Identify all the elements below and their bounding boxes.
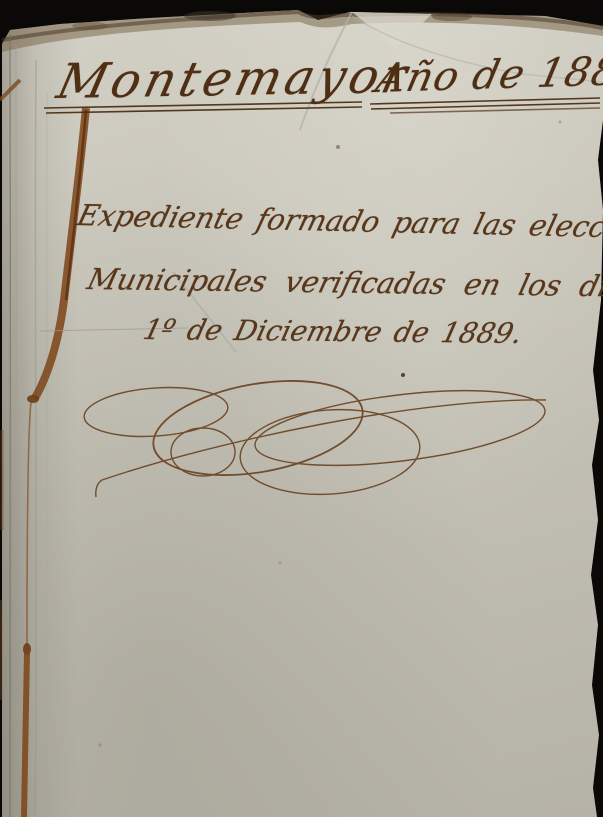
- photo-scene: Montemayor Año de 1889. Expediente forma…: [0, 0, 603, 817]
- document-page: [0, 0, 603, 817]
- body-line-3: 1º de Diciembre de 1889.: [140, 313, 526, 350]
- title-place: Montemayor: [52, 48, 416, 110]
- title-year: Año de 1889.: [372, 47, 603, 102]
